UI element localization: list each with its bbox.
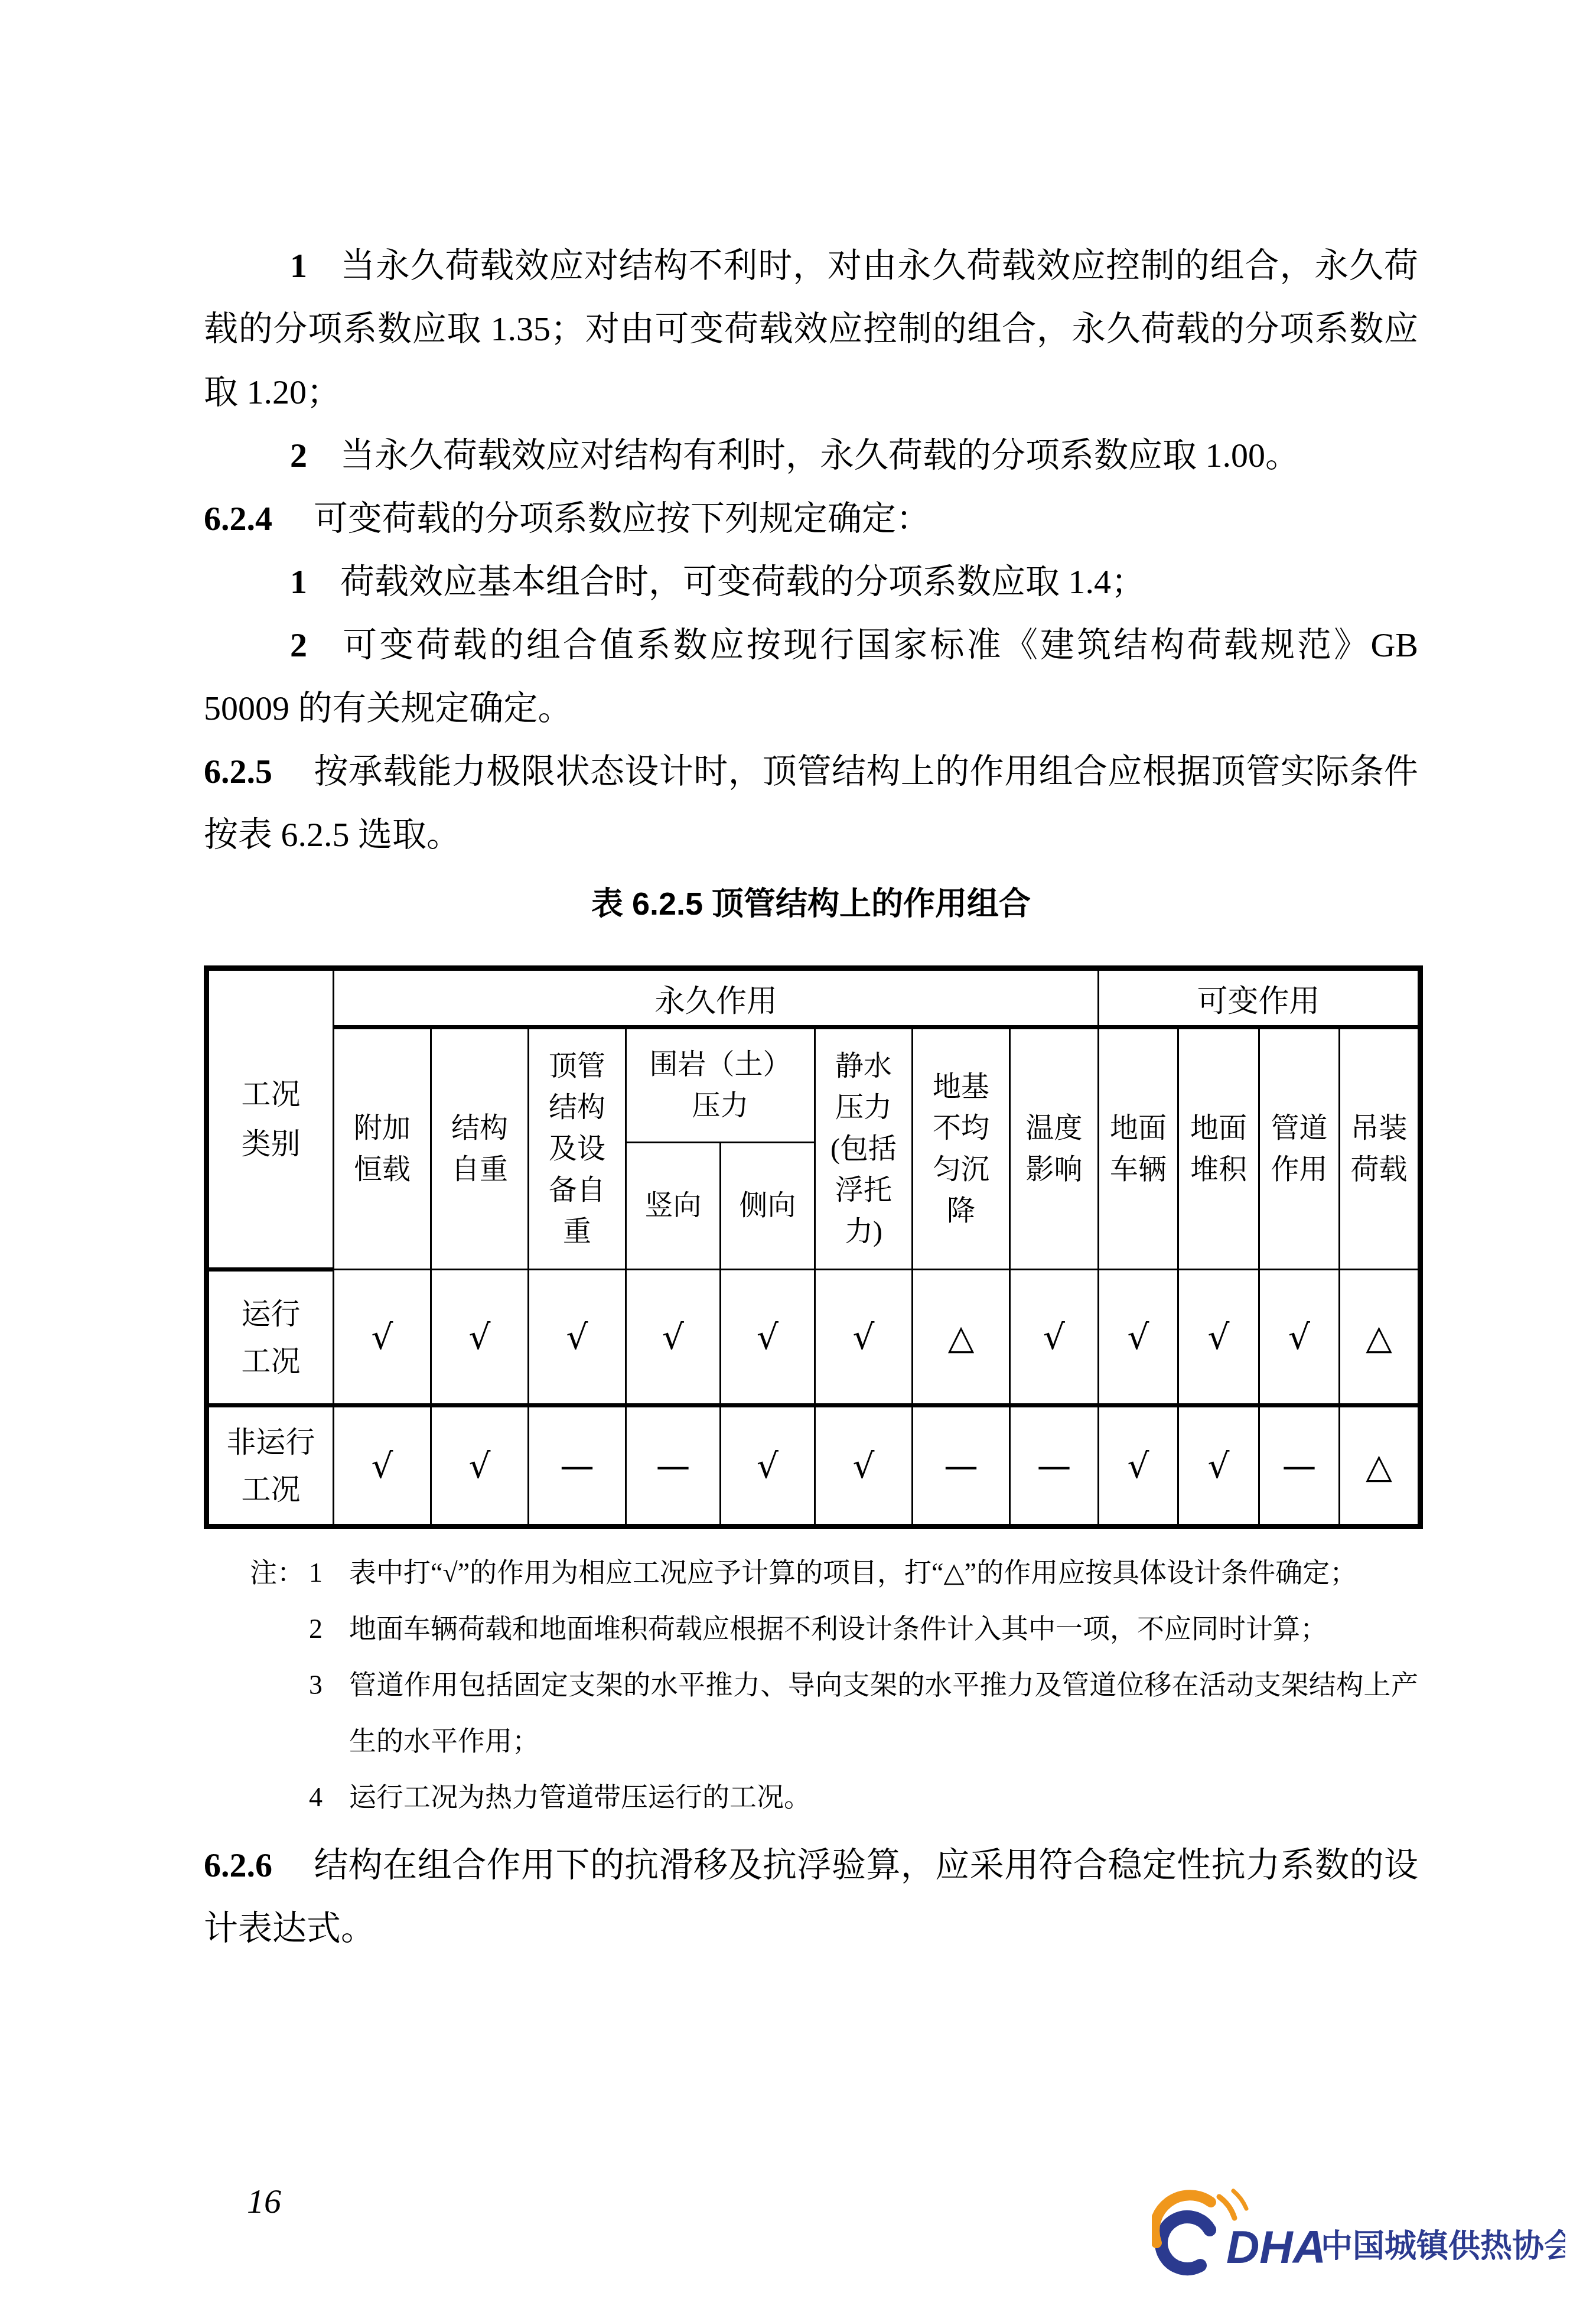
cell-dash: — [1259,1406,1340,1527]
actions-combination-table: 工况 类别 永久作用 可变作用 附加 恒载 结构 自重 顶管 结构 及设 备自 … [204,965,1423,1529]
note-text: 管道作用包括固定支架的水平推力、导向支架的水平推力及管道位移在活动支架结构上产生… [349,1657,1418,1769]
item-number: 2 [290,626,307,664]
col-header-hydrostatic-pressure: 静水 压力 (包括 浮托 力) [815,1027,913,1270]
clause-6-2-6: 6.2.6结构在组合作用下的抗滑移及抗浮验算，应采用符合稳定性抗力系数的设计表达… [204,1833,1418,1960]
cell-dash: — [1010,1406,1099,1527]
cell-check: √ [815,1270,913,1406]
group-header-variable: 可变作用 [1099,968,1421,1027]
clause-text: 可变荷载的分项系数应按下列规定确定： [314,499,930,538]
item-text: 当永久荷载效应对结构不利时，对由永久荷载效应控制的组合，永久荷载的分项系数应取 … [204,246,1418,411]
col-header-temperature-effect: 温度 影响 [1010,1027,1099,1270]
item-number: 2 [290,436,307,474]
cell-check: √ [334,1406,431,1527]
cell-check: √ [721,1406,815,1527]
cell-check: √ [1178,1270,1259,1406]
cell-dash: — [529,1406,626,1527]
cell-check: √ [334,1270,431,1406]
note-text: 表中打“√”的作用为相应工况应予计算的项目，打“△”的作用应按具体设计条件确定； [349,1544,1418,1601]
note-prefix-spacer [250,1601,309,1657]
table-notes: 注： 1 表中打“√”的作用为相应工况应予计算的项目，打“△”的作用应按具体设计… [204,1544,1418,1825]
note-number: 4 [309,1769,349,1825]
item-paragraph: 2当永久荷载效应对结构有利时，永久荷载的分项系数应取 1.00。 [204,424,1418,487]
col-header-ground-stacking: 地面 堆积 [1178,1027,1259,1270]
col-header-structure-self-weight: 结构 自重 [431,1027,529,1270]
col-header-pipeline-action: 管道 作用 [1259,1027,1340,1270]
table-title: 表 6.2.5 顶管结构上的作用组合 [204,880,1418,928]
cell-check: √ [1178,1406,1259,1527]
page-content: 1当永久荷载效应对结构不利时，对由永久荷载效应控制的组合，永久荷载的分项系数应取… [204,0,1418,1960]
logo-acronym: DHA [1226,2221,1326,2273]
corner-header: 工况 类别 [207,968,334,1270]
note-2: 2 地面车辆荷载和地面堆积荷载应根据不利设计条件计入其中一项，不应同时计算； [250,1601,1418,1657]
logo-crescent-icon [1161,2217,1210,2269]
item-text: 当永久荷载效应对结构有利时，永久荷载的分项系数应取 1.00。 [340,436,1299,474]
clause-number: 6.2.6 [204,1846,272,1884]
cell-check: √ [721,1270,815,1406]
row-label-non-operating: 非运行 工况 [207,1406,334,1527]
note-number: 2 [309,1601,349,1657]
body-text: 1当永久荷载效应对结构不利时，对由永久荷载效应控制的组合，永久荷载的分项系数应取… [204,0,1418,866]
cell-triangle: △ [1340,1270,1421,1406]
clause-text: 按承载能力极限状态设计时，顶管结构上的作用组合应根据顶管实际条件按表 6.2.5… [204,752,1418,854]
table-row-non-operating: 非运行 工况 √ √ — — √ √ — — √ √ — △ [207,1406,1421,1527]
col-header-uneven-settlement: 地基 不均 匀沉 降 [913,1027,1010,1270]
cell-check: √ [431,1406,529,1527]
col-header-lateral: 侧向 [721,1143,815,1270]
note-text: 地面车辆荷载和地面堆积荷载应根据不利设计条件计入其中一项，不应同时计算； [349,1601,1418,1657]
note-4: 4 运行工况为热力管道带压运行的工况。 [250,1769,1418,1825]
cell-check: √ [1099,1270,1178,1406]
clause-text: 结构在组合作用下的抗滑移及抗浮验算，应采用符合稳定性抗力系数的设计表达式。 [204,1846,1418,1947]
cell-check: √ [1010,1270,1099,1406]
note-prefix-spacer [250,1657,309,1769]
logo-tick-small-icon [1233,2191,1246,2209]
cell-check: √ [815,1406,913,1527]
row-label-operating: 运行 工况 [207,1270,334,1406]
item-paragraph: 1荷载效应基本组合时，可变荷载的分项系数应取 1.4； [204,550,1418,613]
cell-check: √ [529,1270,626,1406]
clause-number: 6.2.5 [204,752,272,791]
cdha-logo-icon: DHA 中国城镇供热协会 [1152,2186,1565,2293]
col-header-ground-vehicles: 地面 车辆 [1099,1027,1178,1270]
cell-dash: — [626,1406,721,1527]
clause-6-2-5: 6.2.5按承载能力极限状态设计时，顶管结构上的作用组合应根据顶管实际条件按表 … [204,740,1418,866]
cell-check: √ [1099,1406,1178,1527]
cdha-logo: DHA 中国城镇供热协会 [1152,2186,1565,2293]
cell-triangle: △ [913,1270,1010,1406]
page-number: 16 [247,2181,281,2221]
table-row-operating: 运行 工况 √ √ √ √ √ √ △ √ √ √ √ △ [207,1270,1421,1406]
logo-tick-icon [1219,2197,1235,2218]
clause-number: 6.2.4 [204,499,272,538]
logo-name: 中国城镇供热协会 [1321,2229,1565,2264]
col-header-soil-pressure-group: 围岩（土） 压力 [626,1027,815,1143]
group-header-permanent: 永久作用 [334,968,1099,1027]
col-header-hoisting-load: 吊装 荷载 [1340,1027,1421,1270]
col-header-vertical: 竖向 [626,1143,721,1270]
cell-check: √ [1259,1270,1340,1406]
cell-triangle: △ [1340,1406,1421,1527]
item-paragraph: 1当永久荷载效应对结构不利时，对由永久荷载效应控制的组合，永久荷载的分项系数应取… [204,234,1418,424]
cell-check: √ [626,1270,721,1406]
note-prefix-spacer [250,1769,309,1825]
note-1: 注： 1 表中打“√”的作用为相应工况应予计算的项目，打“△”的作用应按具体设计… [250,1544,1418,1601]
item-number: 1 [290,562,307,601]
document-page: { "document": { "paragraphs": [ {"num": … [0,0,1596,2312]
col-header-additional-dead-load: 附加 恒载 [334,1027,431,1270]
cell-check: √ [431,1270,529,1406]
note-text: 运行工况为热力管道带压运行的工况。 [349,1769,1418,1825]
note-3: 3 管道作用包括固定支架的水平推力、导向支架的水平推力及管道位移在活动支架结构上… [250,1657,1418,1769]
col-header-pipe-equipment-weight: 顶管 结构 及设 备自 重 [529,1027,626,1270]
note-number: 3 [309,1657,349,1769]
note-number: 1 [309,1544,349,1601]
clause-6-2-4: 6.2.4可变荷载的分项系数应按下列规定确定： [204,487,1418,550]
item-text: 可变荷载的组合值系数应按现行国家标准《建筑结构荷载规范》GB 50009 的有关… [204,626,1418,727]
item-text: 荷载效应基本组合时，可变荷载的分项系数应取 1.4； [340,562,1145,601]
note-prefix: 注： [250,1544,309,1601]
cell-dash: — [913,1406,1010,1527]
item-paragraph: 2可变荷载的组合值系数应按现行国家标准《建筑结构荷载规范》GB 50009 的有… [204,613,1418,740]
item-number: 1 [290,246,307,285]
